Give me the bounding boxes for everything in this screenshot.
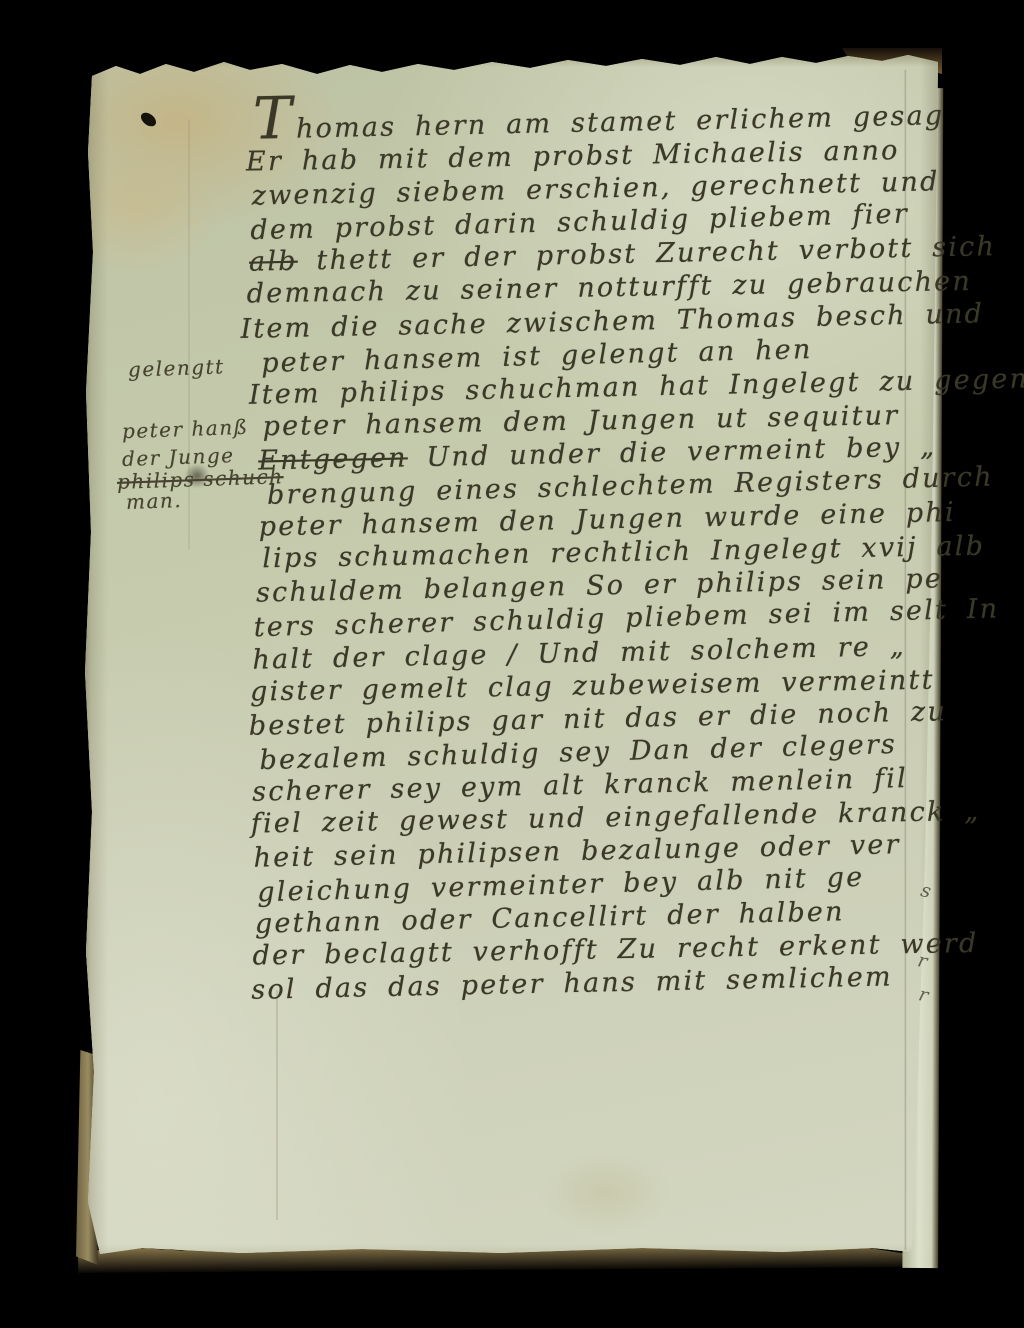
margin-note: man. (126, 488, 183, 514)
margin-notes: gelengttpeter hanßder Jungephilips schuc… (0, 0, 1024, 1328)
manuscript-photo: Thomas hern am stamet erlichem gesagEr h… (0, 0, 1024, 1328)
margin-note: gelengtt (128, 354, 225, 381)
margin-note: peter hanß (122, 415, 249, 443)
